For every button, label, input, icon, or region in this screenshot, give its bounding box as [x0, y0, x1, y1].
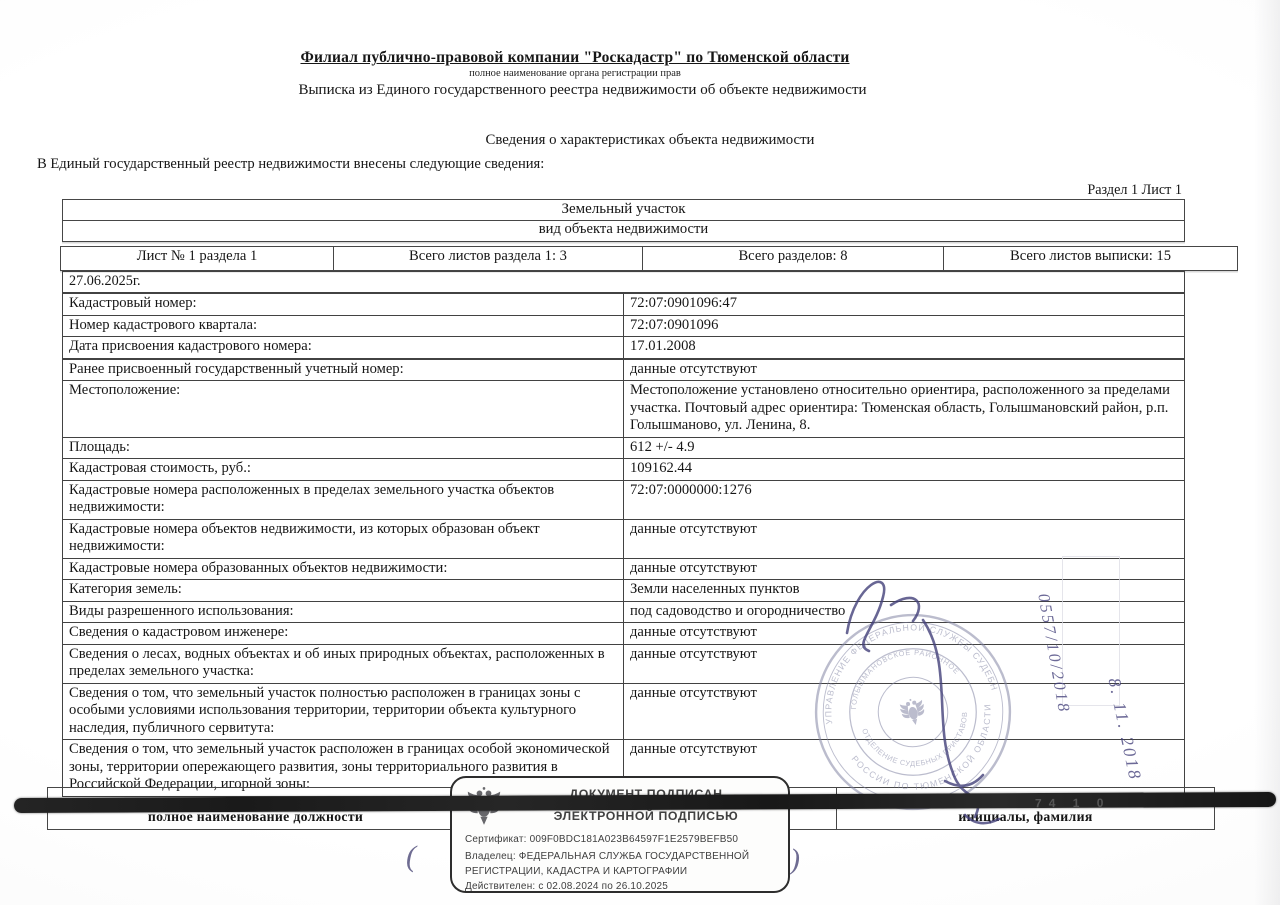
row-label: Местоположение:	[63, 381, 624, 438]
esig-title-line2: ЭЛЕКТРОННОЙ ПОДПИСЬЮ	[510, 809, 782, 823]
table-row: Номер кадастрового квартала:72:07:090109…	[63, 315, 1185, 337]
handwritten-paren-right: )	[790, 843, 800, 877]
handwritten-paren-left: (	[406, 840, 416, 874]
sheets-in-section: Всего листов раздела 1: 3	[334, 247, 643, 271]
row-value: 72:07:0901096	[624, 315, 1185, 337]
registration-authority-caption: полное наименование органа регистрации п…	[0, 68, 1150, 79]
row-value: 72:07:0901096:47	[624, 293, 1185, 315]
table-row: Кадастровые номера расположенных в преде…	[63, 480, 1185, 519]
row-label: Площадь:	[63, 437, 624, 459]
total-sections: Всего разделов: 8	[643, 247, 944, 271]
esig-owner-line2: РЕГИСТРАЦИИ, КАДАСТРА И КАРТОГРАФИИ	[465, 866, 780, 877]
row-value: 17.01.2008	[624, 337, 1185, 359]
object-type-band: Земельный участок вид объекта недвижимос…	[62, 199, 1185, 242]
row-label: Кадастровые номера расположенных в преде…	[63, 480, 624, 519]
esig-owner-line1: Владелец: ФЕДЕРАЛЬНАЯ СЛУЖБА ГОСУДАРСТВЕ…	[465, 851, 780, 862]
esig-certificate: Сертификат: 009F0BDC181A023B64597F1E2579…	[465, 834, 780, 845]
registration-authority-title: Филиал публично-правовой компании "Роска…	[0, 49, 1150, 67]
row-label: Кадастровые номера образованных объектов…	[63, 558, 624, 580]
table-row: Кадастровый номер:72:07:0901096:47	[63, 293, 1185, 315]
table-row: Дата присвоения кадастрового номера:17.0…	[63, 337, 1185, 359]
row-label: Ранее присвоенный государственный учетны…	[63, 359, 624, 381]
row-label: Кадастровая стоимость, руб.:	[63, 459, 624, 481]
record-date-cell: 27.06.2025г.	[63, 272, 1185, 294]
esig-validity: Действителен: с 02.08.2024 по 26.10.2025	[465, 881, 780, 892]
row-label: Сведения о лесах, водных объектах и об и…	[63, 644, 624, 683]
row-label: Кадастровые номера объектов недвижимости…	[63, 519, 624, 558]
table-row: Ранее присвоенный государственный учетны…	[63, 359, 1185, 381]
row-value: 612 +/- 4.9	[624, 437, 1185, 459]
total-sheets: Всего листов выписки: 15	[944, 247, 1238, 271]
document-title: Выписка из Единого государственного реес…	[0, 82, 1165, 99]
row-label: Номер кадастрового квартала:	[63, 315, 624, 337]
section-title: Сведения о характеристиках объекта недви…	[0, 132, 1280, 149]
row-label: Виды разрешенного использования:	[63, 601, 624, 623]
table-row: 27.06.2025г.	[63, 272, 1185, 294]
row-label: Категория земель:	[63, 580, 624, 602]
row-label: Дата присвоения кадастрового номера:	[63, 337, 624, 359]
row-label: Кадастровый номер:	[63, 293, 624, 315]
row-value: 72:07:0000000:1276	[624, 480, 1185, 519]
row-label: Сведения о кадастровом инженере:	[63, 623, 624, 645]
row-value: данные отсутствуют	[624, 359, 1185, 381]
object-type-caption: вид объекта недвижимости	[63, 221, 1185, 242]
redaction-ghost-marks: 74 1 0	[1035, 796, 1110, 810]
sheet-info-band: Лист № 1 раздела 1 Всего листов раздела …	[60, 246, 1238, 271]
scan-edge-shadow	[1254, 0, 1280, 905]
document-page: Филиал публично-правовой компании "Роска…	[0, 0, 1280, 905]
table-row: Кадастровая стоимость, руб.:109162.44	[63, 459, 1185, 481]
intro-line: В Единый государственный реестр недвижим…	[37, 156, 544, 173]
table-row: Местоположение:Местоположение установлен…	[63, 381, 1185, 438]
table-row: Площадь:612 +/- 4.9	[63, 437, 1185, 459]
row-label: Сведения о том, что земельный участок по…	[63, 683, 624, 740]
row-value: Местоположение установлено относительно …	[624, 381, 1185, 438]
object-type: Земельный участок	[63, 200, 1185, 221]
row-value: 109162.44	[624, 459, 1185, 481]
section-sheet-marker: Раздел 1 Лист 1	[1087, 182, 1182, 199]
sheet-number: Лист № 1 раздела 1	[61, 247, 334, 271]
